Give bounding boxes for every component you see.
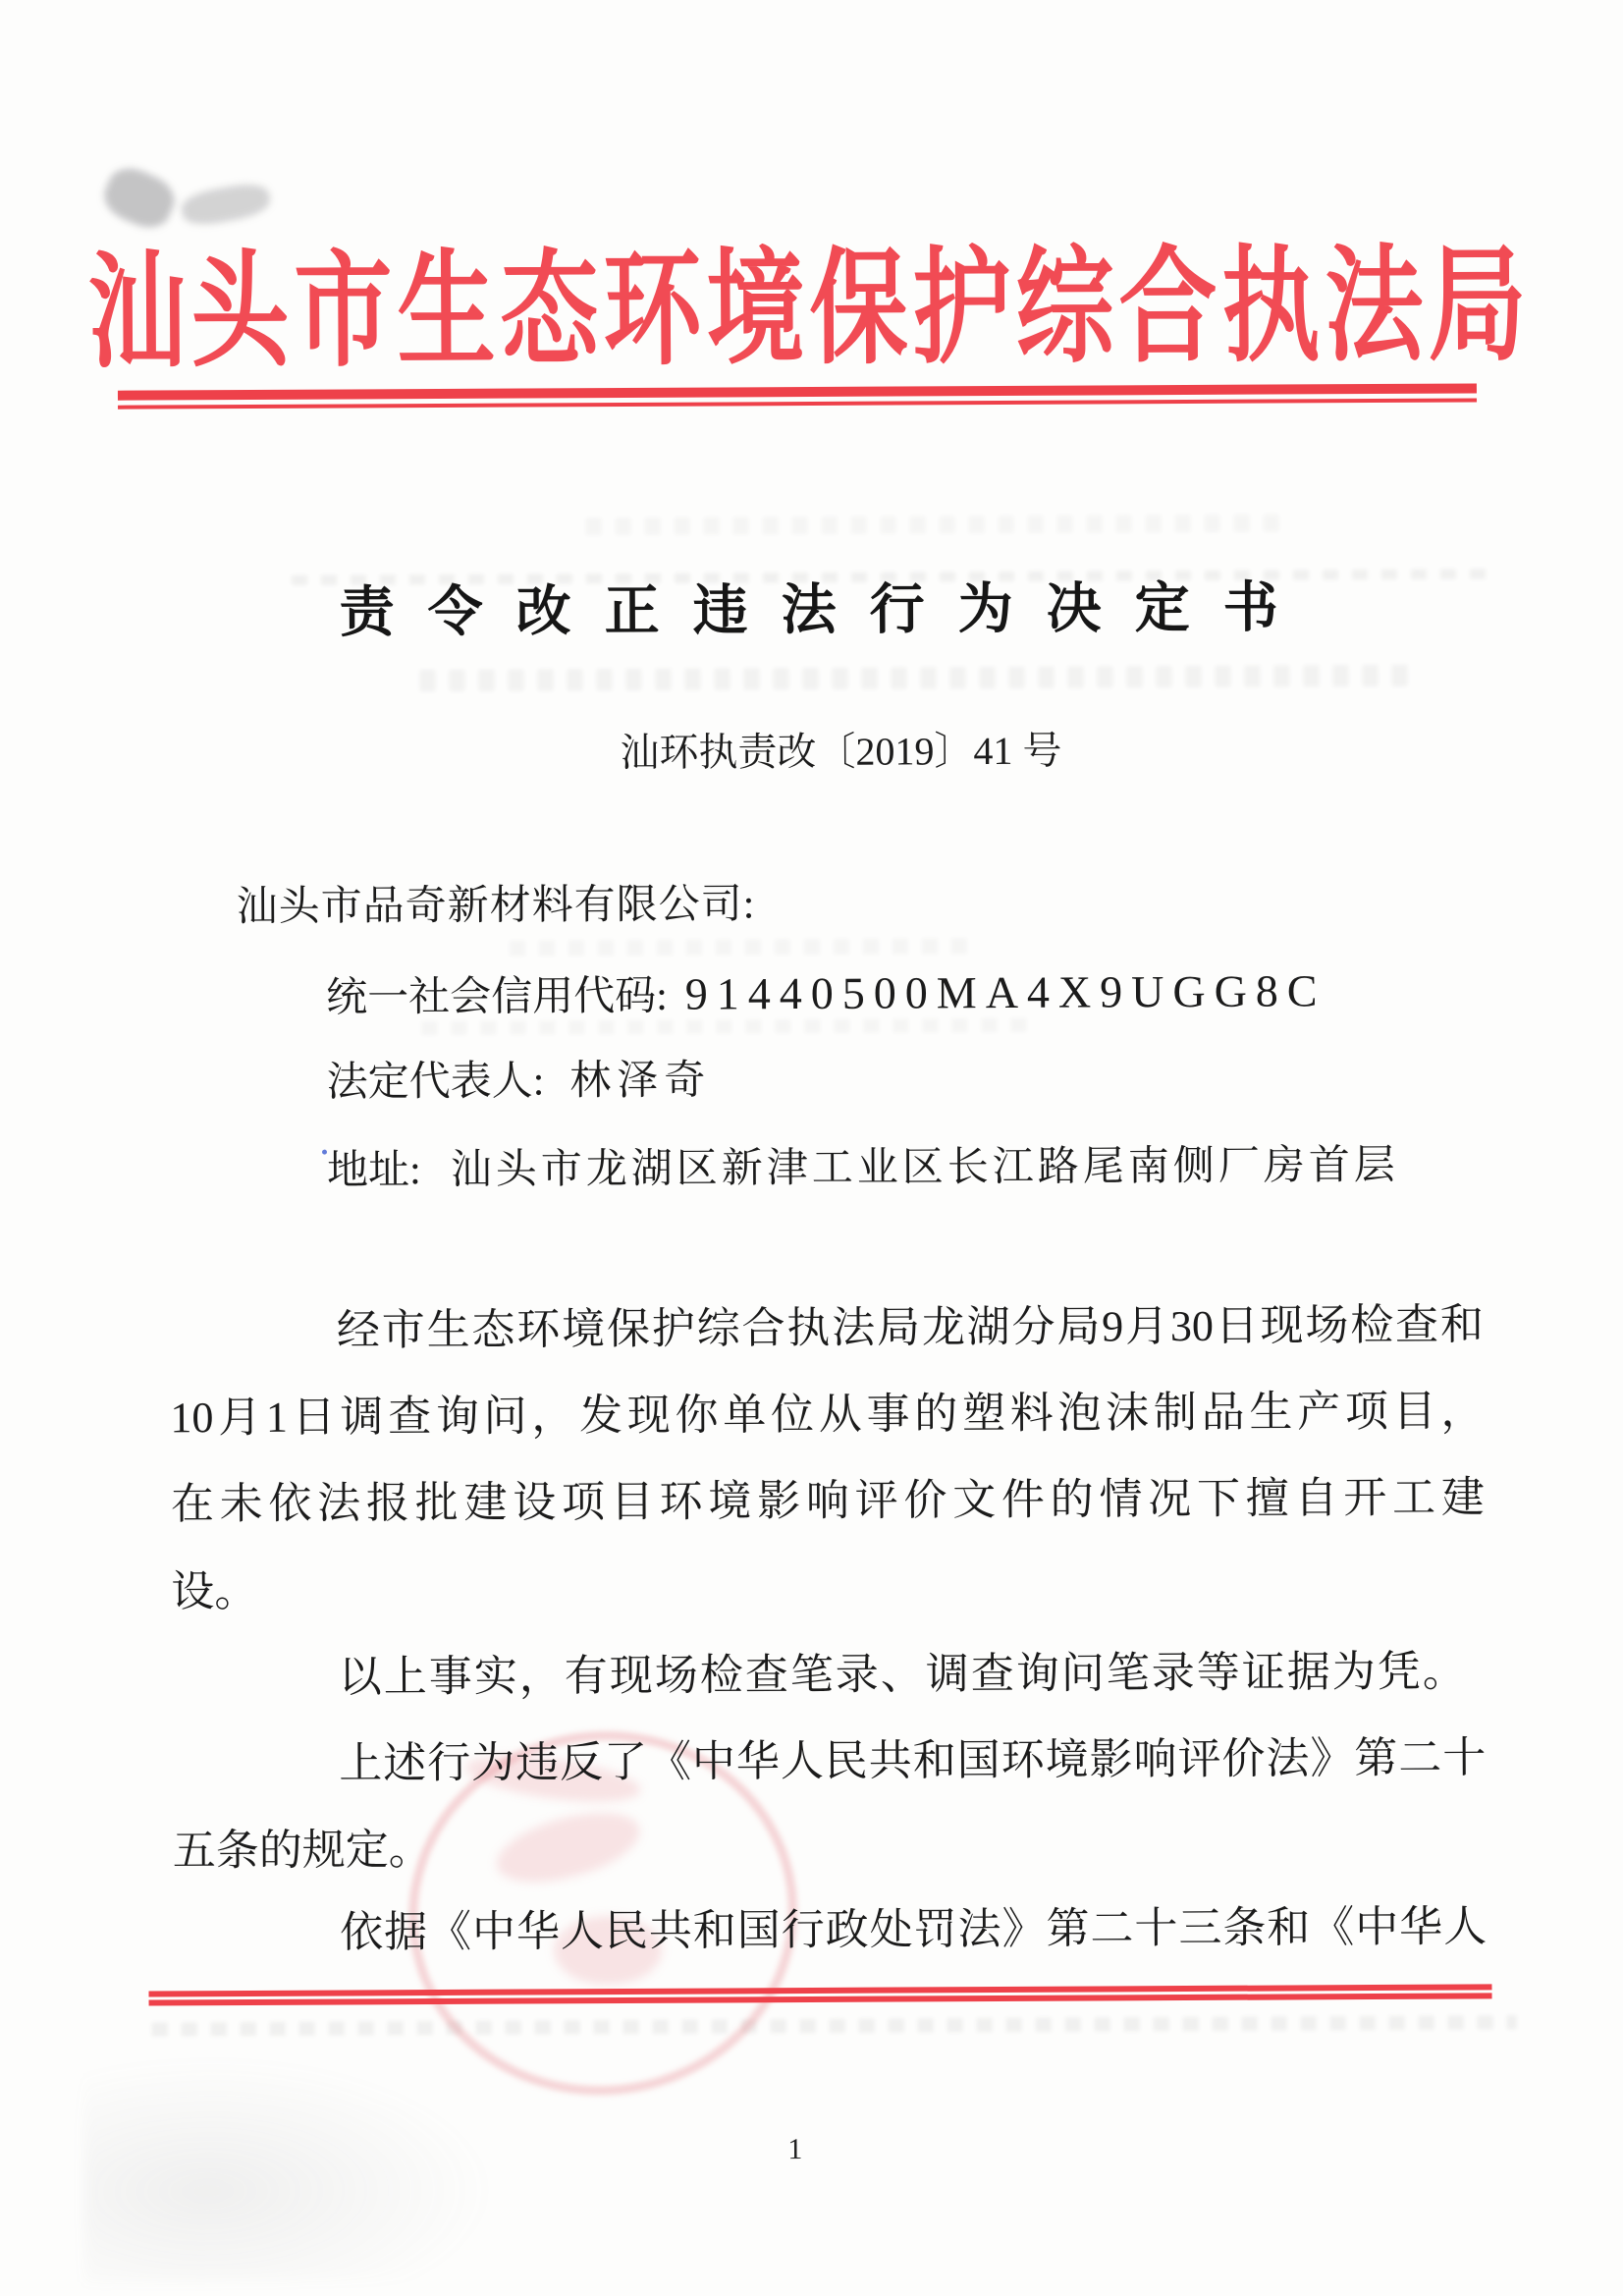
credit-code-label: 统一社会信用代码:: [326, 974, 668, 1021]
recipient-company: 汕头市品奇新材料有限公司:: [237, 881, 756, 931]
credit-code-line: 统一社会信用代码:91440500MA4X9UGG8C: [326, 965, 1326, 1022]
credit-code-value: 91440500MA4X9UGG8C: [685, 965, 1326, 1018]
body-line: 以上事实，有现场检查笔录、调查询问笔录等证据为凭。: [172, 1647, 1486, 1709]
body-line: 设。: [171, 1560, 1485, 1622]
page-number: 1: [0, 2129, 1606, 2171]
document-title: 责令改正违法行为决定书: [0, 577, 1620, 646]
body-line: 依据《中华人民共和国行政处罚法》第二十三条和《中华人: [173, 1902, 1487, 1964]
document-number: 汕环执责改〔2019〕41 号: [29, 717, 1623, 782]
legal-rep-value: 林泽奇: [569, 1059, 711, 1105]
body-line: 10月1日调查询问，发现你单位从事的塑料泡沫制品生产项目，: [170, 1387, 1484, 1449]
address-line: 地址:汕头市龙湖区新津工业区长江路尾南侧厂房首层: [327, 1142, 1399, 1195]
body-line: 经市生态环境保护综合执法局龙湖分局9月30日现场检查和: [170, 1300, 1484, 1362]
letterhead-rule-thick: [118, 383, 1477, 400]
ink-speck: [322, 1150, 327, 1155]
bleedthrough-ghost-text: [419, 665, 1411, 691]
scan-smudge: [180, 180, 273, 229]
body-line: 五条的规定。: [173, 1820, 1487, 1882]
body-line: 上述行为违反了《中华人民共和国环境影响评价法》第二十: [172, 1733, 1486, 1795]
scan-smudge: [97, 161, 181, 236]
address-label: 地址:: [327, 1148, 421, 1194]
scan-content: 汕头市生态环境保护综合执法局 责令改正违法行为决定书 汕环执责改〔2019〕41…: [0, 0, 1623, 2296]
bleedthrough-ghost-text: [586, 514, 1293, 535]
bleedthrough-ghost-text: [152, 2015, 1517, 2036]
legal-rep-label: 法定代表人:: [327, 1059, 545, 1105]
body-line: 在未依法报批建设项目环境影响评价文件的情况下擅自开工建: [171, 1473, 1485, 1535]
legal-representative-line: 法定代表人:林泽奇: [327, 1058, 712, 1107]
address-value: 汕头市龙湖区新津工业区长江路尾南侧厂房首层: [451, 1143, 1399, 1193]
agency-letterhead: 汕头市生态环境保护综合执法局: [0, 244, 1619, 378]
letterhead-rule-thin: [118, 398, 1477, 409]
bleedthrough-ghost-text: [510, 938, 971, 956]
scanned-document-page: 汕头市生态环境保护综合执法局 责令改正违法行为决定书 汕环执责改〔2019〕41…: [0, 0, 1623, 2296]
